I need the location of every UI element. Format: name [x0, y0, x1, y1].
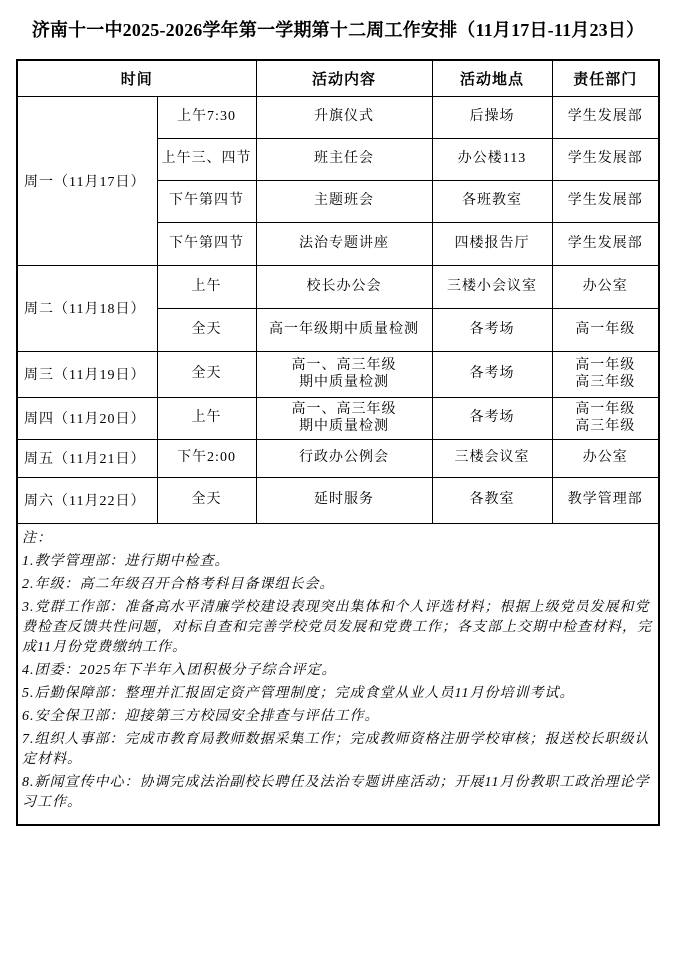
- location-cell: 各班教室: [432, 180, 552, 222]
- department-cell: 学生发展部: [552, 180, 659, 222]
- department-cell: 高一年级 高三年级: [552, 351, 659, 397]
- time-cell: 上午: [157, 265, 256, 308]
- note-item-6: 6.安全保卫部：迎接第三方校园安全排查与评估工作。: [22, 707, 652, 727]
- content-cell: 高一、高三年级 期中质量检测: [256, 397, 432, 439]
- day-cell-friday: 周五（11月21日）: [17, 439, 157, 477]
- location-cell: 四楼报告厅: [432, 222, 552, 265]
- department-cell: 高一年级 高三年级: [552, 397, 659, 439]
- time-cell: 下午第四节: [157, 222, 256, 265]
- col-header-content: 活动内容: [256, 60, 432, 96]
- page-title: 济南十一中2025-2026学年第一学期第十二周工作安排（11月17日-11月2…: [16, 16, 660, 42]
- content-cell: 高一、高三年级 期中质量检测: [256, 351, 432, 397]
- table-row: 周三（11月19日） 全天 高一、高三年级 期中质量检测 各考场 高一年级 高三…: [17, 351, 659, 397]
- table-row: 周一（11月17日） 上午7:30 升旗仪式 后操场 学生发展部: [17, 96, 659, 138]
- location-cell: 各考场: [432, 397, 552, 439]
- table-header-row: 时间 活动内容 活动地点 责任部门: [17, 60, 659, 96]
- content-cell: 法治专题讲座: [256, 222, 432, 265]
- time-cell: 上午7:30: [157, 96, 256, 138]
- note-item-1: 1.教学管理部：进行期中检查。: [22, 552, 652, 572]
- content-cell: 延时服务: [256, 477, 432, 523]
- table-row: 周四（11月20日） 上午 高一、高三年级 期中质量检测 各考场 高一年级 高三…: [17, 397, 659, 439]
- day-cell-monday: 周一（11月17日）: [17, 96, 157, 265]
- note-item-5: 5.后勤保障部：整理并汇报固定资产管理制度；完成食堂从业人员11月份培训考试。: [22, 684, 652, 704]
- content-cell: 主题班会: [256, 180, 432, 222]
- location-cell: 各考场: [432, 351, 552, 397]
- content-cell: 校长办公会: [256, 265, 432, 308]
- department-cell: 学生发展部: [552, 96, 659, 138]
- note-item-2: 2.年级：高二年级召开合格考科目备课组长会。: [22, 575, 652, 595]
- time-cell: 上午: [157, 397, 256, 439]
- note-item-8: 8.新闻宣传中心：协调完成法治副校长聘任及法治专题讲座活动；开展11月份教职工政…: [22, 773, 652, 813]
- time-cell: 上午三、四节: [157, 138, 256, 180]
- col-header-department: 责任部门: [552, 60, 659, 96]
- day-cell-saturday: 周六（11月22日）: [17, 477, 157, 523]
- table-row: 周六（11月22日） 全天 延时服务 各教室 教学管理部: [17, 477, 659, 523]
- col-header-location: 活动地点: [432, 60, 552, 96]
- department-cell: 学生发展部: [552, 222, 659, 265]
- location-cell: 办公楼113: [432, 138, 552, 180]
- time-cell: 全天: [157, 308, 256, 351]
- schedule-table: 时间 活动内容 活动地点 责任部门 周一（11月17日） 上午7:30 升旗仪式…: [16, 59, 660, 826]
- department-cell: 办公室: [552, 439, 659, 477]
- department-cell: 教学管理部: [552, 477, 659, 523]
- department-cell: 学生发展部: [552, 138, 659, 180]
- location-cell: 各考场: [432, 308, 552, 351]
- table-row: 周二（11月18日） 上午 校长办公会 三楼小会议室 办公室: [17, 265, 659, 308]
- notes-label: 注：: [22, 529, 652, 549]
- department-cell: 办公室: [552, 265, 659, 308]
- time-cell: 全天: [157, 477, 256, 523]
- day-cell-wednesday: 周三（11月19日）: [17, 351, 157, 397]
- day-cell-tuesday: 周二（11月18日）: [17, 265, 157, 351]
- location-cell: 后操场: [432, 96, 552, 138]
- location-cell: 三楼小会议室: [432, 265, 552, 308]
- time-cell: 下午第四节: [157, 180, 256, 222]
- note-item-3: 3.党群工作部：准备高水平清廉学校建设表现突出集体和个人评选材料；根据上级党员发…: [22, 598, 652, 658]
- document-page: 济南十一中2025-2026学年第一学期第十二周工作安排（11月17日-11月2…: [0, 0, 676, 826]
- content-cell: 高一年级期中质量检测: [256, 308, 432, 351]
- notes-section: 注： 1.教学管理部：进行期中检查。 2.年级：高二年级召开合格考科目备课组长会…: [17, 523, 659, 825]
- time-cell: 下午2:00: [157, 439, 256, 477]
- time-cell: 全天: [157, 351, 256, 397]
- location-cell: 三楼会议室: [432, 439, 552, 477]
- day-cell-thursday: 周四（11月20日）: [17, 397, 157, 439]
- note-item-7: 7.组织人事部：完成市教育局教师数据采集工作；完成教师资格注册学校审核；报送校长…: [22, 730, 652, 770]
- note-item-4: 4.团委：2025年下半年入团积极分子综合评定。: [22, 661, 652, 681]
- content-cell: 班主任会: [256, 138, 432, 180]
- table-row: 周五（11月21日） 下午2:00 行政办公例会 三楼会议室 办公室: [17, 439, 659, 477]
- col-header-time: 时间: [17, 60, 256, 96]
- content-cell: 升旗仪式: [256, 96, 432, 138]
- location-cell: 各教室: [432, 477, 552, 523]
- department-cell: 高一年级: [552, 308, 659, 351]
- content-cell: 行政办公例会: [256, 439, 432, 477]
- notes-row: 注： 1.教学管理部：进行期中检查。 2.年级：高二年级召开合格考科目备课组长会…: [17, 523, 659, 825]
